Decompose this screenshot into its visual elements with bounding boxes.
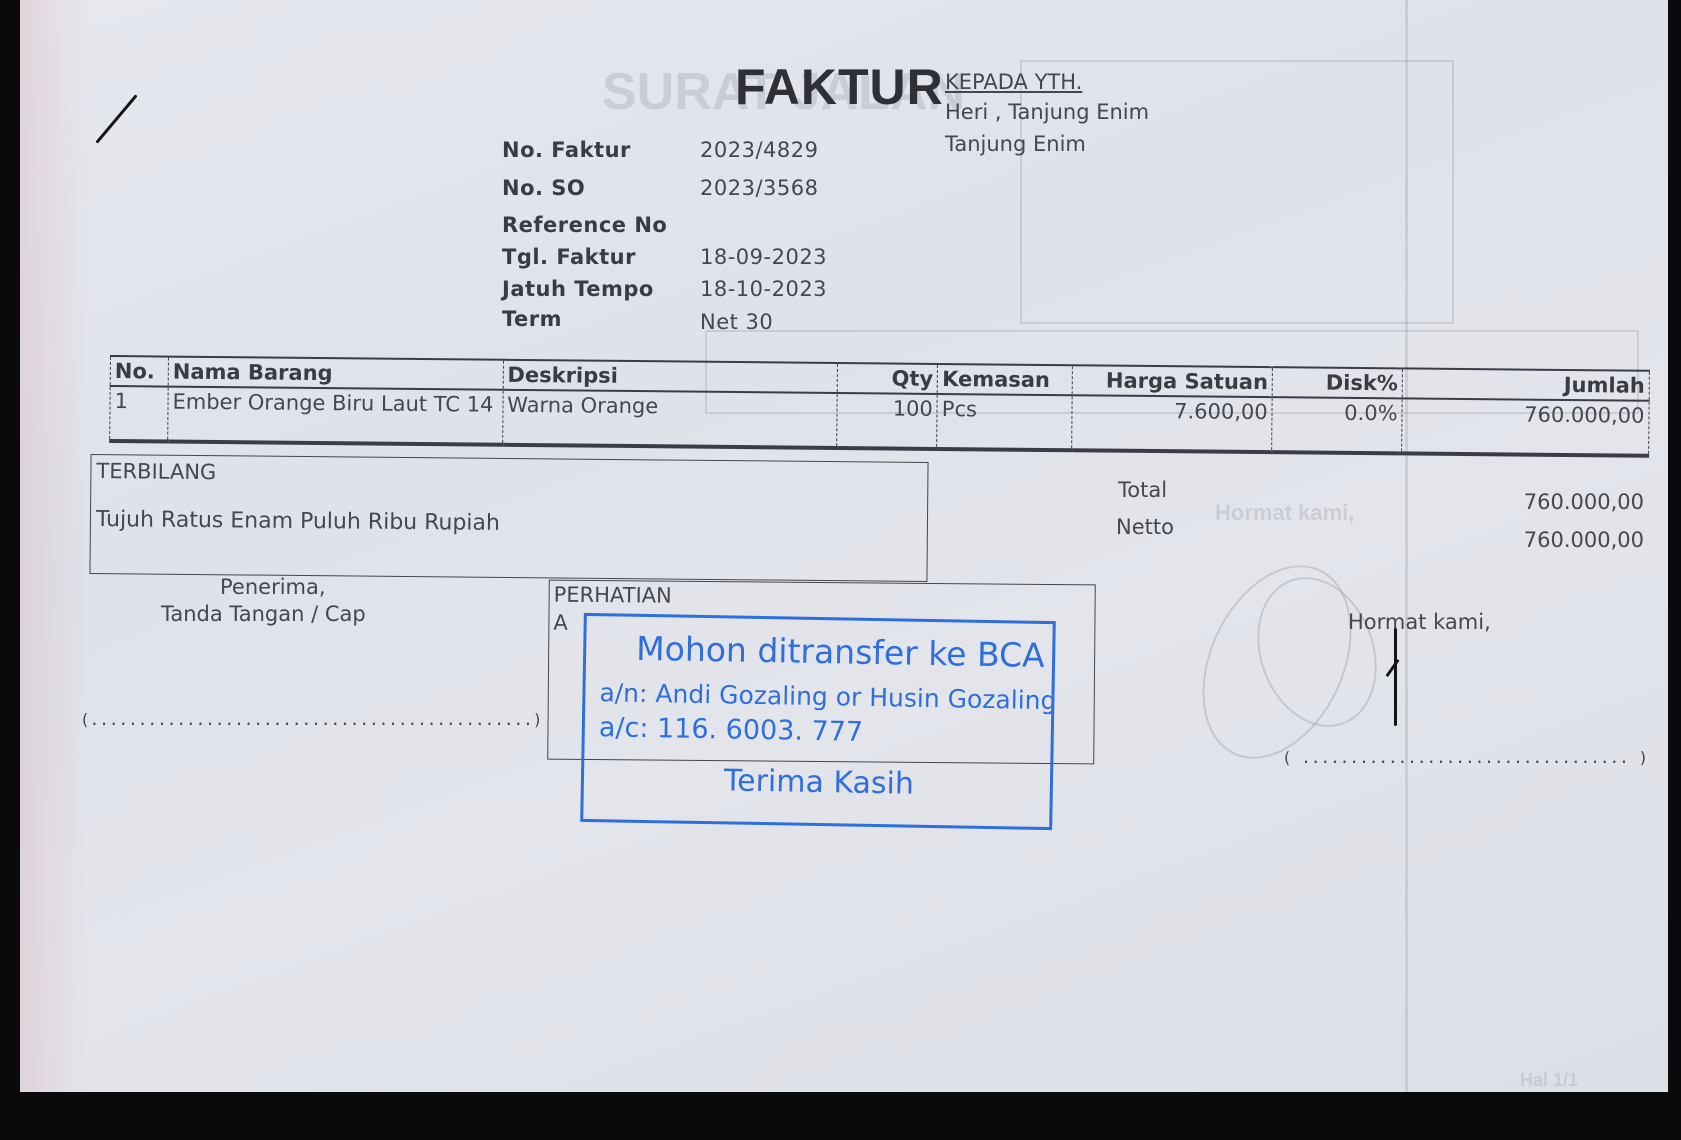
attention-prefix: A bbox=[553, 611, 568, 635]
page-marker: Hal 1/1 bbox=[1520, 1070, 1578, 1091]
due-date-label: Jatuh Tempo bbox=[502, 277, 654, 301]
header-discount: Disk% bbox=[1272, 367, 1402, 398]
cell-unit-price: 7.600,00 bbox=[1072, 395, 1272, 452]
term-value: Net 30 bbox=[700, 310, 773, 334]
sender-signature-line: ( .................................. ) bbox=[1282, 748, 1648, 767]
sender-closing: Hormat kami, bbox=[1348, 610, 1491, 634]
document-title: FAKTUR bbox=[735, 58, 944, 116]
so-number-label: No. SO bbox=[502, 176, 585, 200]
header-unit-price: Harga Satuan bbox=[1072, 365, 1272, 397]
ghost-closing: Hormat kami, bbox=[1215, 500, 1354, 526]
reference-no-label: Reference No bbox=[502, 213, 667, 237]
cell-discount: 0.0% bbox=[1272, 397, 1402, 453]
pen-mark-icon bbox=[95, 94, 137, 143]
stamp-line-1: Mohon ditransfer ke BCA bbox=[636, 629, 1045, 675]
signature-pen-stroke-icon bbox=[1394, 628, 1397, 726]
recipient-name: Heri , Tanjung Enim bbox=[945, 100, 1149, 124]
header-no: No. bbox=[110, 356, 168, 387]
attention-label: PERHATIAN bbox=[554, 583, 672, 608]
total-label: Total bbox=[1118, 478, 1167, 502]
header-item-name: Nama Barang bbox=[168, 357, 503, 390]
invoice-number-value: 2023/4829 bbox=[700, 138, 818, 162]
stamp-line-3: a/c: 116. 6003. 777 bbox=[599, 712, 864, 748]
signature-pen-stroke-icon bbox=[1386, 659, 1400, 677]
header-amount: Jumlah bbox=[1402, 368, 1649, 400]
term-label: Term bbox=[502, 307, 562, 331]
bank-transfer-stamp: Mohon ditransfer ke BCA a/n: Andi Gozali… bbox=[580, 613, 1056, 830]
netto-value: 760.000,00 bbox=[1524, 528, 1644, 552]
recipient-city: Tanjung Enim bbox=[945, 132, 1086, 156]
receiver-label: Penerima, bbox=[220, 575, 326, 599]
invoice-paper: SURAT JALAN Hormat kami, Hal 1/1 FAKTUR … bbox=[20, 0, 1668, 1092]
due-date-value: 18-10-2023 bbox=[700, 277, 827, 301]
amount-in-words-text: Tujuh Ratus Enam Puluh Ribu Rupiah bbox=[96, 507, 500, 536]
stamp-line-2: a/n: Andi Gozaling or Husin Gozaling bbox=[599, 678, 1056, 715]
cell-qty: 100 bbox=[837, 393, 937, 449]
cell-packaging: Pcs bbox=[937, 394, 1072, 450]
header-packaging: Kemasan bbox=[937, 364, 1072, 395]
cell-amount: 760.000,00 bbox=[1402, 398, 1649, 455]
cell-description: Warna Orange bbox=[502, 390, 837, 448]
invoice-date-value: 18-09-2023 bbox=[700, 245, 827, 269]
total-value: 760.000,00 bbox=[1524, 490, 1644, 514]
amount-in-words-box: TERBILANG Tujuh Ratus Enam Puluh Ribu Ru… bbox=[89, 454, 928, 582]
cell-no: 1 bbox=[110, 386, 169, 442]
receiver-signature-caption: Tanda Tangan / Cap bbox=[161, 602, 366, 626]
amount-in-words-label: TERBILANG bbox=[96, 459, 216, 484]
invoice-number-label: No. Faktur bbox=[502, 138, 631, 162]
recipient-heading: KEPADA YTH. bbox=[945, 70, 1082, 94]
header-qty: Qty bbox=[838, 363, 938, 394]
receiver-signature-line: (.......................................… bbox=[80, 710, 542, 729]
netto-label: Netto bbox=[1116, 515, 1174, 539]
so-number-value: 2023/3568 bbox=[700, 176, 818, 200]
stamp-line-4: Terima Kasih bbox=[724, 763, 915, 801]
cell-item-name: Ember Orange Biru Laut TC 14 bbox=[168, 387, 503, 445]
invoice-date-label: Tgl. Faktur bbox=[502, 245, 636, 269]
items-table: No. Nama Barang Deskripsi Qty Kemasan Ha… bbox=[109, 355, 1650, 458]
header-description: Deskripsi bbox=[503, 360, 838, 393]
